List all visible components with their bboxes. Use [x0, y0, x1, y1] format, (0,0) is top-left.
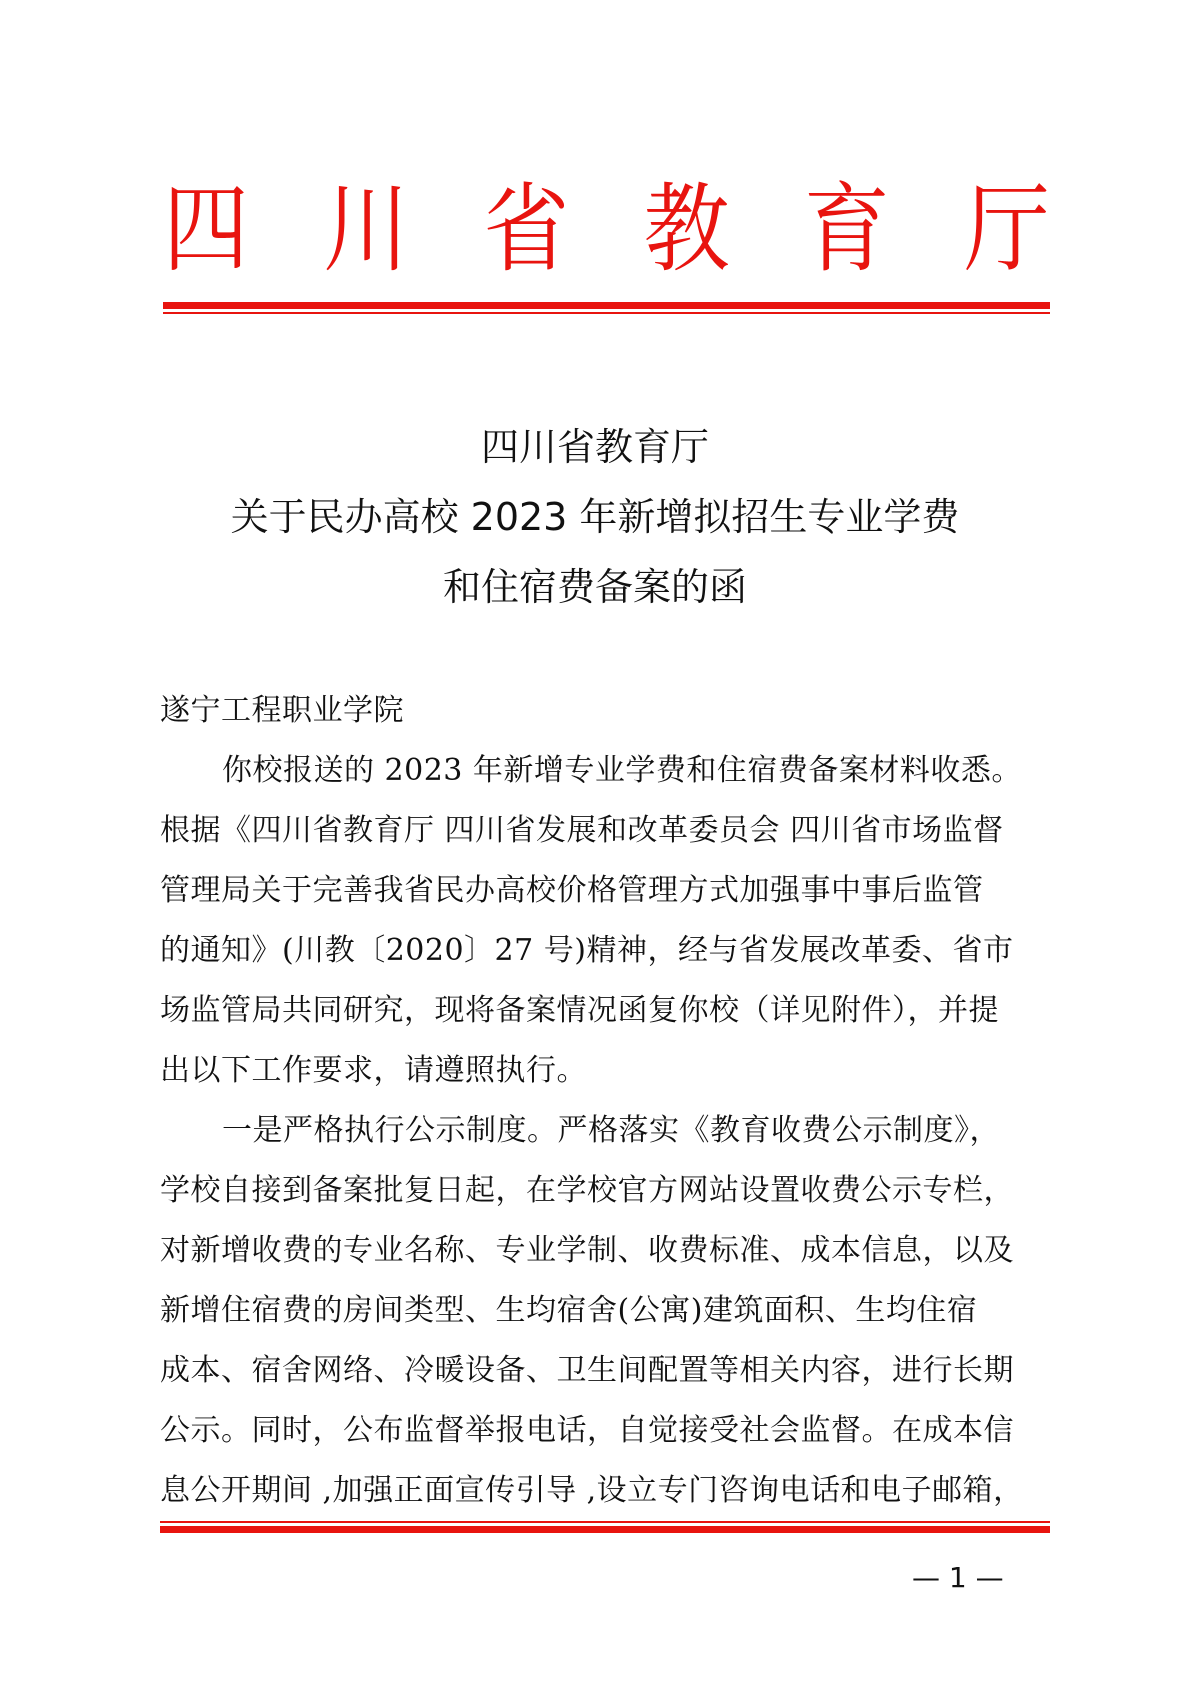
footer-divider-thick: [160, 1526, 1050, 1533]
body-line: 息公开期间 ,加强正面宣传引导 ,设立专门咨询电话和电子邮箱，: [160, 1461, 1050, 1521]
masthead-char: 厅: [964, 174, 1050, 286]
body-line: 对新增收费的专业名称、专业学制、收费标准、成本信息，以及: [160, 1221, 1050, 1281]
body-line: 新增住宿费的房间类型、生均宿舍(公寓)建筑面积、生均住宿: [160, 1281, 1050, 1341]
body-line: 一是严格执行公示制度。严格落实《教育收费公示制度》，: [160, 1101, 1050, 1161]
masthead-char: 川: [323, 174, 409, 286]
body-line: 管理局关于完善我省民办高校价格管理方式加强事中事后监管: [160, 861, 1050, 921]
title-line-1: 四川省教育厅: [0, 412, 1190, 482]
body-line: 场监管局共同研究，现将备案情况函复你校（详见附件），并提: [160, 981, 1050, 1041]
document-page: 四 川 省 教 育 厅 四川省教育厅 关于民办高校 2023 年新增拟招生专业学…: [0, 0, 1190, 1683]
body-line: 你校报送的 2023 年新增专业学费和住宿费备案材料收悉。: [160, 741, 1050, 801]
document-body: 遂宁工程职业学院 你校报送的 2023 年新增专业学费和住宿费备案材料收悉。 根…: [160, 681, 1050, 1521]
masthead-char: 省: [483, 174, 569, 286]
footer-divider-thin: [160, 1521, 1050, 1523]
body-line: 的通知》(川教〔2020〕27 号)精神，经与省发展改革委、省市: [160, 921, 1050, 981]
masthead-char: 四: [163, 174, 249, 286]
body-line: 成本、宿舍网络、冷暖设备、卫生间配置等相关内容，进行长期: [160, 1341, 1050, 1401]
masthead-char: 教: [644, 174, 730, 286]
body-line: 出以下工作要求，请遵照执行。: [160, 1041, 1050, 1101]
masthead-issuer: 四 川 省 教 育 厅: [163, 180, 1050, 280]
recipient-line: 遂宁工程职业学院: [160, 681, 1050, 741]
title-line-3: 和住宿费备案的函: [0, 552, 1190, 622]
title-line-2: 关于民办高校 2023 年新增拟招生专业学费: [0, 482, 1190, 552]
document-title: 四川省教育厅 关于民办高校 2023 年新增拟招生专业学费 和住宿费备案的函: [0, 412, 1190, 622]
body-line: 公示。同时，公布监督举报电话，自觉接受社会监督。在成本信: [160, 1401, 1050, 1461]
masthead-divider-thick: [163, 302, 1050, 309]
masthead-divider-thin: [163, 312, 1050, 314]
page-number: — 1 —: [912, 1558, 1032, 1598]
body-line: 学校自接到备案批复日起，在学校官方网站设置收费公示专栏，: [160, 1161, 1050, 1221]
masthead-char: 育: [804, 174, 890, 286]
body-line: 根据《四川省教育厅 四川省发展和改革委员会 四川省市场监督: [160, 801, 1050, 861]
